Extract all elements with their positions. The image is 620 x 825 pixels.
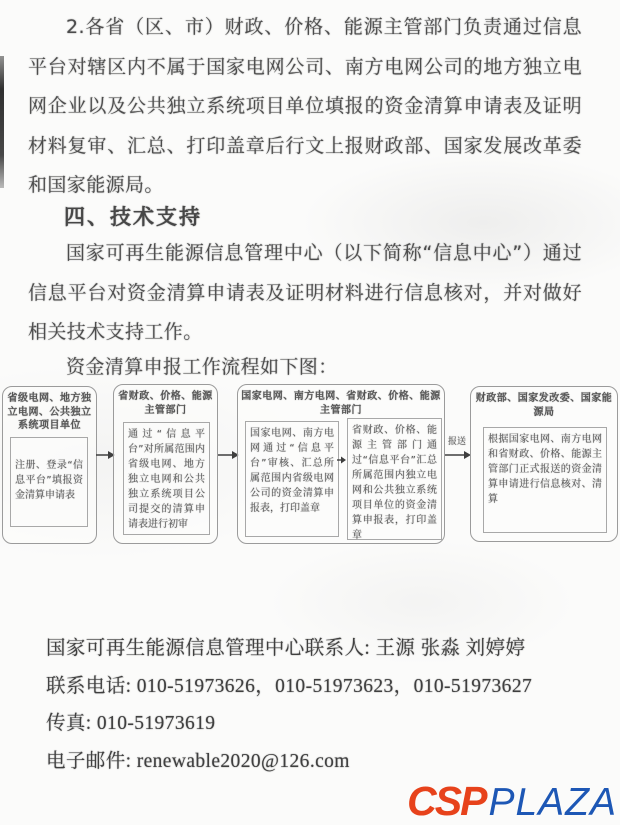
logo-plaza-text: PLAZA: [488, 781, 617, 824]
flow-stage3-body-right: 省财政、价格、能源主管部门通过“信息平台”汇总所属范围内独立电网和公共独立系统项…: [347, 418, 442, 540]
scan-artifact: [0, 56, 4, 188]
flow-stage3-body-left: 国家电网、南方电网通过“信息平台”审核、汇总所属范围内省级电网公司的资金清算申报…: [245, 421, 339, 537]
flow-stage4-header: 财政部、国家发改委、国家能源局: [471, 387, 617, 419]
flow-arrow-icon: [445, 449, 471, 461]
contact-persons: 国家可再生能源信息管理中心联系人: 王源 张淼 刘婷婷: [46, 630, 611, 668]
contact-email: 电子邮件: renewable2020@126.com: [46, 743, 611, 781]
flow-stage3-header: 国家电网、南方电网、省财政、价格、能源主管部门: [238, 385, 444, 417]
flow-stage2-body: 通过“信息平台”对所属范围内省级电网、地方独立电网和公共独立系统项目公司提交的清…: [123, 422, 210, 535]
flow-stage-project-units: 省级电网、地方独立电网、公共独立系统项目单位 注册、登录“信息平台”填报资金清算…: [2, 386, 97, 544]
flow-arrow-icon: [337, 455, 346, 465]
paragraph-flow-intro: 资金清算申报工作流程如下图：: [28, 348, 588, 388]
contact-fax: 传真: 010-51973619: [46, 705, 611, 743]
logo-csp-text: CSP: [407, 778, 485, 824]
contact-phone: 联系电话: 010-51973626，010-51973623，010-5197…: [46, 668, 611, 706]
flow-stage-provincial-depts: 省财政、价格、能源主管部门 通过“信息平台”对所属范围内省级电网、地方独立电网和…: [113, 384, 218, 544]
flow-arrow-label: 报送: [441, 434, 473, 447]
flow-arrow-icon: [218, 449, 239, 461]
flow-stage2-header: 省财政、价格、能源主管部门: [114, 385, 217, 417]
flow-stage1-header: 省级电网、地方独立电网、公共独立系统项目单位: [3, 387, 96, 433]
flow-stage4-body: 根据国家电网、南方电网和省财政、价格、能源主管部门正式报送的资金清算申请进行信息…: [483, 427, 607, 533]
flow-stage-grid-and-depts: 国家电网、南方电网、省财政、价格、能源主管部门 国家电网、南方电网通过“信息平台…: [237, 384, 445, 544]
paragraph-funding-review: 2.各省（区、市）财政、价格、能源主管部门负责通过信息平台对辖区内不属于国家电网…: [28, 8, 582, 206]
flow-stage1-body: 注册、登录“信息平台”填报资金清算申请表: [10, 437, 88, 527]
paragraph-tech-support: 国家可再生能源信息管理中心（以下简称“信息中心”）通过信息平台对资金清算申请表及…: [28, 234, 582, 353]
workflow-diagram: 省级电网、地方独立电网、公共独立系统项目单位 注册、登录“信息平台”填报资金清算…: [0, 384, 620, 550]
csp-plaza-logo: CSPPLAZA: [407, 778, 617, 825]
flow-stage-national-authorities: 财政部、国家发改委、国家能源局 根据国家电网、南方电网和省财政、价格、能源主管部…: [470, 386, 618, 542]
scanned-document-page: 2.各省（区、市）财政、价格、能源主管部门负责通过信息平台对辖区内不属于国家电网…: [0, 0, 620, 825]
contact-block: 国家可再生能源信息管理中心联系人: 王源 张淼 刘婷婷 联系电话: 010-51…: [46, 630, 611, 780]
section-heading: 四、技术支持: [64, 201, 202, 231]
